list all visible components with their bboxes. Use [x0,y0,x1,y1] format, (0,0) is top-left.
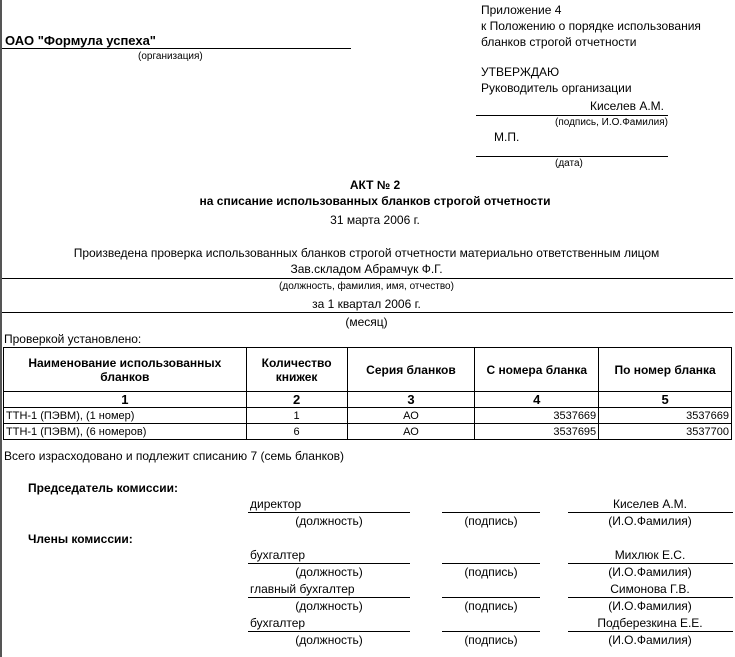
name-caption: (И.О.Фамилия) [568,599,732,613]
divider [2,48,351,49]
column-number: 5 [599,392,732,408]
cell-to-number: 3537700 [599,424,732,440]
position-value: директор [250,497,301,511]
period: за 1 квартал 2006 г. [2,297,731,311]
signature-caption: (подпись) [442,514,540,528]
signature-line [442,563,540,564]
act-title: АКТ № 2 [150,178,600,192]
approval-role: Руководитель организации [481,81,632,95]
person-caption: (должность, фамилия, имя, отчество) [2,281,731,292]
approval-sign-caption: (подпись, И.О.Фамилия) [476,117,668,128]
name-line [568,512,733,513]
position-line [248,631,410,632]
members-label: Члены комиссии: [28,532,133,546]
responsible-person: Зав.складом Абрамчук Ф.Г. [2,262,731,276]
table-row: ТТН-1 (ПЭВМ), (1 номер) 1 АО 3537669 353… [4,408,732,424]
cell-series: АО [347,424,475,440]
signature-line [442,512,540,513]
position-caption: (должность) [248,633,410,647]
appendix-line2: к Положению о порядке использования [481,19,701,33]
cell-to-number: 3537669 [599,408,732,424]
member-name: Киселев А.М. [568,497,732,511]
approval-name: Киселев А.М. [476,99,664,113]
approval-title: УТВЕРЖДАЮ [481,65,559,79]
blanks-table: Наименование использованных бланков Коли… [3,347,732,440]
stamp-label: М.П. [494,130,519,144]
position-value: бухгалтер [250,616,305,630]
table-row: ТТН-1 (ПЭВМ), (6 номеров) 6 АО 3537695 3… [4,424,732,440]
position-line [248,512,410,513]
cell-from-number: 3537669 [475,408,599,424]
divider [476,115,668,116]
column-number: 3 [347,392,475,408]
appendix-line3: бланков строгой отчетности [481,35,637,49]
signature-caption: (подпись) [442,633,540,647]
divider [476,156,668,157]
check-text: Произведена проверка использованных блан… [2,246,731,260]
position-caption: (должность) [248,599,410,613]
cell-from-number: 3537695 [475,424,599,440]
position-value: бухгалтер [250,548,305,562]
header-quantity: Количество книжек [246,348,347,392]
member-name: Подберезкина Е.Е. [568,616,732,630]
position-caption: (должность) [248,514,410,528]
header-series: Серия бланков [347,348,475,392]
position-caption: (должность) [248,565,410,579]
appendix-line1: Приложение 4 [481,3,561,17]
name-line [568,631,733,632]
period-caption: (месяц) [2,315,731,329]
total-text: Всего израсходовано и подлежит списанию … [4,449,344,463]
organization-name: ОАО "Формула успеха" [5,33,156,48]
name-caption: (И.О.Фамилия) [568,633,732,647]
cell-series: АО [347,408,475,424]
column-number: 1 [4,392,247,408]
header-from-number: С номера бланка [475,348,599,392]
name-line [568,597,733,598]
header-name: Наименование использованных бланков [4,348,247,392]
member-name: Симонова Г.В. [568,582,732,596]
position-value: главный бухгалтер [250,582,355,596]
position-line [248,597,410,598]
signature-caption: (подпись) [442,599,540,613]
established-label: Проверкой установлено: [4,332,141,346]
date-caption: (дата) [555,158,583,169]
column-number: 4 [475,392,599,408]
cell-quantity: 6 [246,424,347,440]
act-subtitle: на списание использованных бланков строг… [120,194,630,208]
header-to-number: По номер бланка [599,348,732,392]
organization-caption: (организация) [138,51,203,62]
signature-line [442,631,540,632]
act-date: 31 марта 2006 г. [200,213,550,227]
name-line [568,563,733,564]
cell-name: ТТН-1 (ПЭВМ), (1 номер) [4,408,247,424]
name-caption: (И.О.Фамилия) [568,565,732,579]
name-caption: (И.О.Фамилия) [568,514,732,528]
table-header-row: Наименование использованных бланков Коли… [4,348,732,392]
position-line [248,563,410,564]
signature-caption: (подпись) [442,565,540,579]
cell-name: ТТН-1 (ПЭВМ), (6 номеров) [4,424,247,440]
divider [2,312,733,313]
column-number: 2 [246,392,347,408]
chair-label: Председатель комиссии: [28,481,178,495]
divider [2,278,733,279]
signature-line [442,597,540,598]
member-name: Михлюк Е.С. [568,548,732,562]
column-numbers-row: 1 2 3 4 5 [4,392,732,408]
cell-quantity: 1 [246,408,347,424]
